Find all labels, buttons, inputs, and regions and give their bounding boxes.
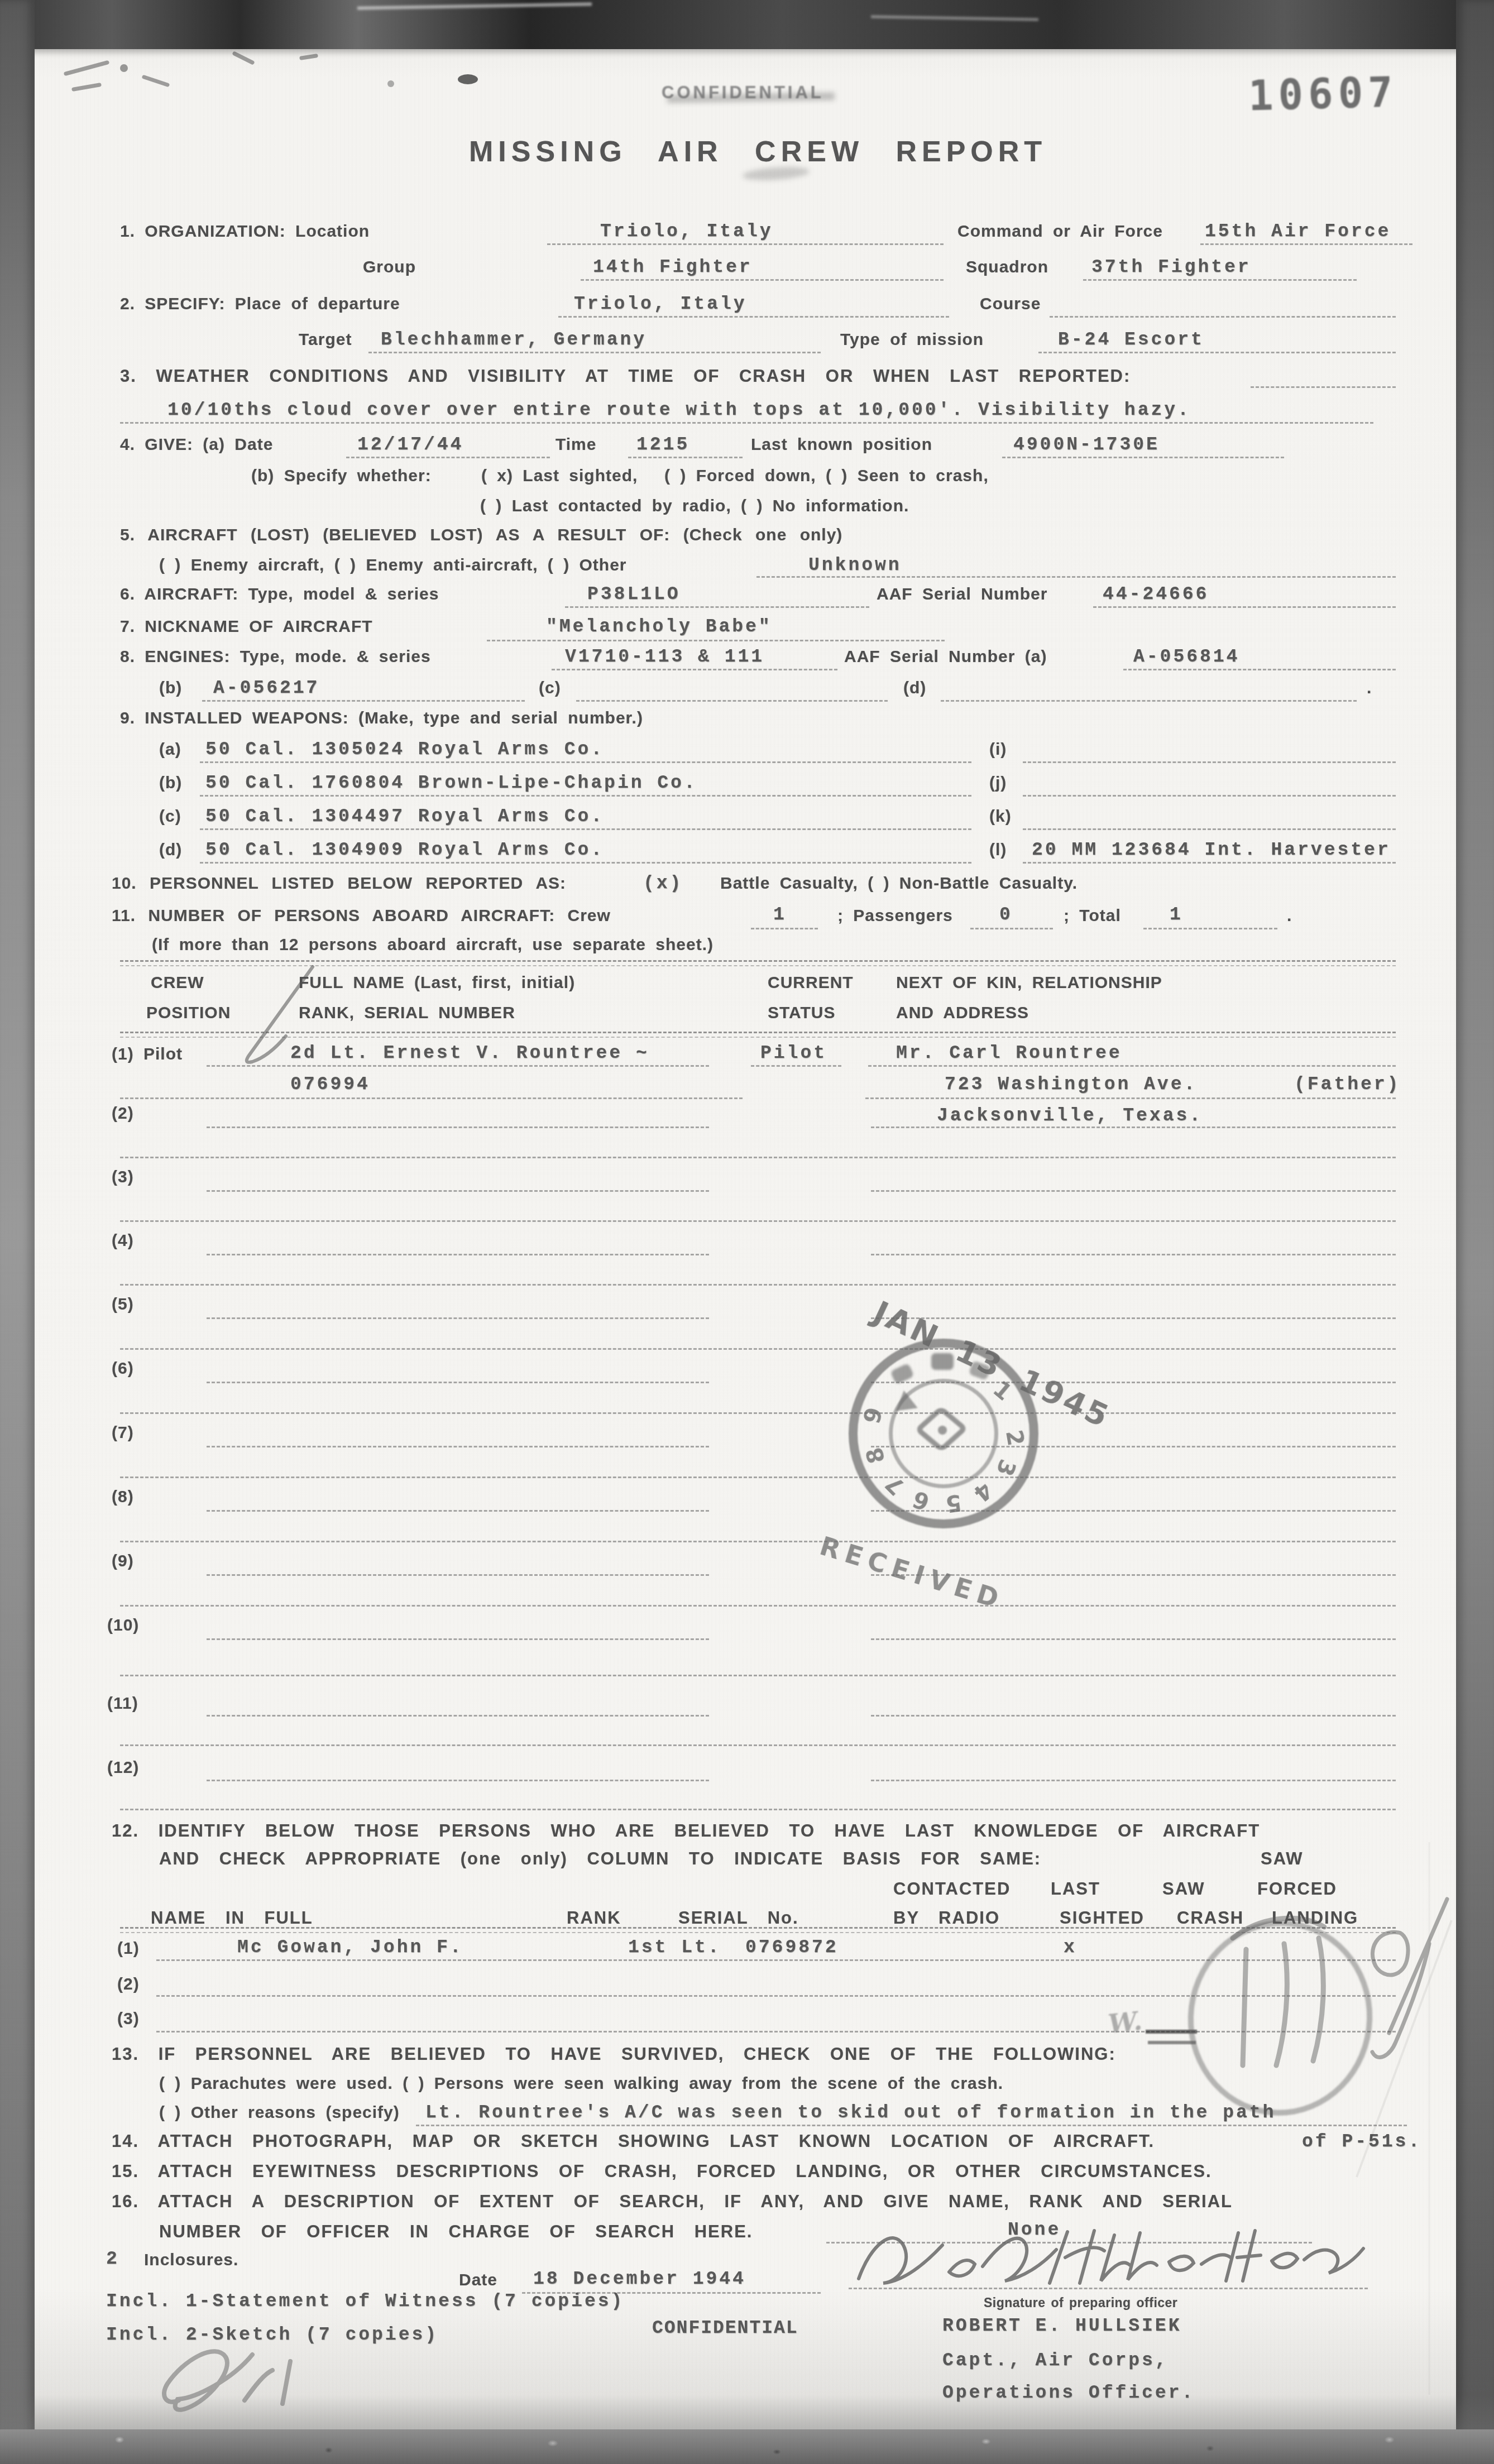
table-divider-bottom [120, 1032, 1396, 1038]
s8-period: . [1367, 679, 1372, 698]
s11-total-label: ; Total [1064, 907, 1121, 926]
underline [1023, 828, 1396, 830]
s9d-value: 50 Cal. 1304909 Royal Arms Co. [205, 840, 604, 860]
underline [871, 1780, 1396, 1781]
underline [871, 1126, 1396, 1128]
crew-row-label: (2) [112, 1104, 134, 1123]
s9c-value: 50 Cal. 1304497 Royal Arms Co. [205, 806, 604, 827]
s4b-prefix: (b) Specify whether: [251, 467, 432, 486]
corner-pencil-dot [120, 64, 128, 72]
crew-row-label: (7) [112, 1423, 134, 1442]
underline [487, 640, 945, 641]
s9i-label: (i) [989, 740, 1007, 759]
s13-line2: ( ) Parachutes were used. ( ) Persons we… [159, 2074, 1003, 2093]
s5-line1: 5. AIRCRAFT (LOST) (BELIEVED LOST) AS A … [120, 526, 842, 545]
underline [1002, 457, 1284, 458]
s1-location-value: Triolo, Italy [600, 221, 773, 242]
s8d-label: (d) [903, 679, 926, 698]
underline [1023, 862, 1396, 864]
s9k-label: (k) [989, 807, 1012, 826]
s1-prefix: 1. ORGANIZATION: Location [120, 222, 370, 241]
s13-line3-value: Lt. Rountree's A/C was seen to skid out … [425, 2102, 1276, 2123]
scanned-document: CONFIDENTIAL 10607 MISSING AIR CREW REPO… [0, 0, 1494, 2464]
s10-check: (x) [643, 873, 683, 894]
s9l-value: 20 MM 123684 Int. Harvester [1032, 840, 1391, 860]
signature-caption: Signature of preparing officer [984, 2295, 1177, 2310]
s12-row1-rank: 1st Lt. [628, 1937, 721, 1958]
crew-row-label: (11) [107, 1694, 138, 1713]
s10-rest: Battle Casualty, ( ) Non-Battle Casualty… [720, 874, 1078, 893]
s12-line1: 12. IDENTIFY BELOW THOSE PERSONS WHO ARE… [112, 1821, 1260, 1841]
s11-passengers-label: ; Passengers [837, 907, 953, 926]
pencil-dash [1148, 2041, 1196, 2044]
crew-row1-address2: Jacksonville, Texas. [937, 1105, 1203, 1126]
underline [1143, 928, 1277, 929]
th-full-name: FULL NAME (Last, first, initial) [299, 974, 575, 993]
underline [576, 700, 888, 702]
crew-row-label: (9) [112, 1552, 134, 1571]
s8b-value: A-056217 [213, 678, 319, 698]
s9-label: 9. INSTALLED WEAPONS: (Make, type and se… [120, 709, 643, 728]
crew-row-label: (12) [107, 1758, 139, 1777]
underline [120, 1541, 1396, 1542]
s8c-label: (c) [539, 679, 561, 698]
officer-rank: Capt., Air Corps, [942, 2350, 1169, 2371]
underline [849, 2288, 1368, 2289]
s4-time-value: 1215 [636, 434, 689, 455]
scan-edge-left [0, 0, 35, 2464]
underline [120, 1412, 1396, 1414]
underline [202, 700, 525, 702]
s1-caf-label: Command or Air Force [957, 222, 1163, 241]
s5-options: ( ) Enemy aircraft, ( ) Enemy anti-aircr… [159, 556, 627, 575]
underline [120, 422, 1373, 424]
underline [871, 1190, 1396, 1192]
s8-model-value: V1710-113 & 111 [565, 646, 764, 667]
s5-other-value: Unknown [808, 555, 902, 576]
s9d-label: (d) [159, 841, 182, 860]
s6-serial-label: AAF Serial Number [877, 585, 1047, 604]
crew-row-label: (10) [107, 1616, 139, 1635]
s13-line3-label: ( ) Other reasons (specify) [159, 2103, 400, 2122]
s1-caf-value: 15th Air Force [1205, 221, 1391, 242]
officer-name: ROBERT E. HULLSIEK [942, 2316, 1181, 2336]
underline [871, 1254, 1396, 1255]
underline [207, 1446, 709, 1447]
underline [120, 1675, 1396, 1676]
pencil-w-mark: W. [1107, 2006, 1143, 2039]
underline [346, 457, 550, 458]
th-status: STATUS [768, 1004, 836, 1023]
page-title: MISSING AIR CREW REPORT [469, 135, 1047, 169]
underline [1093, 606, 1396, 608]
underline [1023, 761, 1396, 763]
s8-prefix: 8. ENGINES: Type, mode. & series [120, 648, 431, 667]
underline [751, 928, 818, 929]
s11-crew-value: 1 [773, 904, 787, 925]
crew-row-label: (3) [112, 1168, 134, 1187]
underline [120, 1348, 1396, 1350]
s4-time-label: Time [556, 435, 596, 454]
s12-forced: FORCED [1257, 1879, 1337, 1899]
s11-period: . [1287, 907, 1292, 926]
s10-prefix: 10. PERSONNEL LISTED BELOW REPORTED AS: [112, 874, 566, 893]
s11-prefix: 11. NUMBER OF PERSONS ABOARD AIRCRAFT: C… [112, 907, 611, 926]
s11-total-value: 1 [1170, 904, 1183, 925]
underline [207, 1126, 709, 1128]
underline [871, 1638, 1396, 1640]
s9a-label: (a) [159, 740, 181, 759]
th-current: CURRENT [768, 974, 854, 993]
underline [200, 862, 971, 864]
underline [207, 1715, 709, 1717]
underline [200, 795, 971, 797]
s16-line1: 16. ATTACH A DESCRIPTION OF EXTENT OF SE… [112, 2192, 1233, 2212]
s12-row2-num: (2) [117, 1975, 140, 1994]
underline [552, 669, 837, 670]
underline [207, 1065, 709, 1067]
s12-rank-header: RANK [567, 1908, 621, 1928]
s2-mission-label: Type of mission [840, 330, 984, 349]
report-number: 10607 [1248, 69, 1399, 121]
s16-value: None [1008, 2219, 1061, 2240]
s12-last: LAST [1051, 1879, 1100, 1899]
s12-header-divider [120, 1927, 1396, 1933]
underline [871, 1317, 1396, 1319]
s13-continuation: of P-51s. [1302, 2131, 1421, 2152]
crew-row1-name: 2d Lt. Ernest V. Rountree ~ [290, 1043, 649, 1063]
s1-group-label: Group [363, 258, 416, 277]
underline [1038, 352, 1396, 353]
underline [628, 457, 743, 458]
s2-target-value: Blechhammer, Germany [381, 329, 647, 350]
s11-note: (If more than 12 persons aboard aircraft… [152, 936, 714, 955]
s12-serial-header: SERIAL No. [678, 1908, 799, 1928]
s6-prefix: 6. AIRCRAFT: Type, model & series [120, 585, 439, 604]
footer-date-label: Date [459, 2271, 497, 2290]
s14-line: 14. ATTACH PHOTOGRAPH, MAP OR SKETCH SHO… [112, 2131, 1155, 2151]
underline [1200, 243, 1412, 245]
underline [1123, 669, 1396, 670]
s12-row1-serial: 0769872 [745, 1937, 839, 1958]
footer-incl-count: 2 [106, 2249, 119, 2269]
s1-squadron-label: Squadron [966, 258, 1048, 277]
s12-row1-name: Mc Gowan, John F. [237, 1937, 463, 1958]
s9l-label: (l) [989, 841, 1007, 860]
crew-row-label: (4) [112, 1231, 134, 1250]
underline [207, 1317, 709, 1319]
underline [200, 828, 971, 830]
underline [565, 606, 869, 608]
scan-edge-bottom [0, 2429, 1494, 2464]
underline [207, 1574, 709, 1576]
s8-serial-a-value: A-056814 [1133, 646, 1239, 667]
footer-incl1: Incl. 1-Statement of Witness (7 copies) [106, 2291, 624, 2312]
s6-serial-value: 44-24666 [1103, 584, 1209, 605]
underline [970, 928, 1053, 929]
scan-edge-bottom-fade [0, 2395, 1494, 2429]
stamp-center-dot [938, 1426, 947, 1435]
s9a-value: 50 Cal. 1305024 Royal Arms Co. [205, 739, 604, 760]
s12-row1-num: (1) [117, 1939, 140, 1958]
s3-value: 10/10ths cloud cover over entire route w… [167, 400, 1191, 420]
ink-blob [458, 74, 478, 84]
s4b-last-sighted-checked: ( x) Last sighted, [481, 467, 638, 486]
s6-model-value: P38L1LO [587, 584, 681, 605]
underline [207, 1254, 709, 1255]
s2-departure-value: Triolo, Italy [574, 294, 746, 314]
s9j-label: (j) [989, 774, 1007, 793]
s4b-options: ( ) Forced down, ( ) Seen to crash, [664, 467, 989, 486]
s12-saw2: SAW [1162, 1879, 1205, 1899]
s4-position-value: 4900N-1730E [1013, 434, 1160, 455]
underline [558, 316, 949, 318]
s1-squadron-value: 37th Fighter [1091, 257, 1251, 277]
underline [120, 1477, 1396, 1478]
crew-row1-serial: 076994 [290, 1074, 370, 1095]
underline [865, 1097, 1396, 1099]
underline [756, 576, 1396, 578]
s2-mission-value: B-24 Escort [1058, 329, 1204, 350]
crew-row1-address1: 723 Washington Ave. [945, 1074, 1197, 1095]
crew-row1-relation: (Father) [1294, 1074, 1400, 1095]
underline [751, 1065, 841, 1067]
s16-line2: NUMBER OF OFFICER IN CHARGE OF SEARCH HE… [159, 2222, 753, 2242]
footer-confidential: CONFIDENTIAL [652, 2318, 798, 2338]
stamp-ornament [931, 1353, 954, 1370]
underline [871, 1715, 1396, 1717]
received-stamp-text: RECEIVED [816, 1531, 1008, 1615]
s8b-label: (b) [159, 679, 182, 698]
th-address: AND ADDRESS [896, 1004, 1029, 1023]
corner-pencil-marks [66, 54, 316, 89]
s9b-value: 50 Cal. 1760804 Brown-Lipe-Chapin Co. [205, 773, 697, 793]
underline [1251, 386, 1396, 388]
th-rank-serial: RANK, SERIAL NUMBER [299, 1004, 515, 1023]
s12-saw: SAW [1261, 1849, 1304, 1869]
underline [207, 1382, 709, 1383]
crew-row-label: (5) [112, 1295, 134, 1314]
underline [120, 1605, 1396, 1607]
th-crew: CREW [151, 974, 204, 993]
crew-row1-status: Pilot [760, 1043, 827, 1063]
pencil-oly-mark [1372, 1899, 1447, 2058]
crew-row1-label: (1) Pilot [112, 1045, 183, 1064]
underline [207, 1510, 709, 1512]
crew-row1-kin: Mr. Carl Rountree [896, 1043, 1122, 1063]
underline [120, 1744, 1396, 1746]
s4-date-value: 12/17/44 [357, 434, 463, 455]
s12-row1-sighted-mark: x [1064, 1937, 1077, 1958]
s12-line2: AND CHECK APPROPRIATE (one only) COLUMN … [159, 1849, 1041, 1869]
footer-date-value: 18 December 1944 [533, 2269, 746, 2289]
underline [207, 1190, 709, 1192]
s4b-options-line2: ( ) Last contacted by radio, ( ) No info… [480, 497, 909, 516]
underline [941, 700, 1357, 702]
s13-line1: 13. IF PERSONNEL ARE BELIEVED TO HAVE SU… [112, 2044, 1116, 2064]
s12-crash-header: CRASH [1177, 1908, 1244, 1928]
s4-prefix: 4. GIVE: (a) Date [120, 435, 273, 454]
s4-position-label: Last known position [751, 435, 932, 454]
s2-course-label: Course [980, 295, 1041, 314]
s12-radio-header: BY RADIO [893, 1908, 1000, 1928]
underline [581, 279, 944, 281]
underline [120, 1220, 1396, 1222]
s8-serial-label: AAF Serial Number (a) [844, 648, 1047, 667]
stamp-dial-digit: 2 [1000, 1424, 1029, 1452]
underline [416, 2125, 1407, 2126]
crew-row-label: (6) [112, 1359, 134, 1378]
s15-line: 15. ATTACH EYEWITNESS DESCRIPTIONS OF CR… [112, 2161, 1212, 2182]
underline [368, 352, 821, 353]
underline [1083, 279, 1357, 281]
th-next-of-kin: NEXT OF KIN, RELATIONSHIP [896, 974, 1162, 993]
s12-row3-num: (3) [117, 2010, 140, 2029]
underline [1023, 795, 1396, 797]
s9c-label: (c) [159, 807, 181, 826]
s12-name-header: NAME IN FULL [151, 1908, 313, 1928]
underline [547, 243, 944, 245]
th-position: POSITION [146, 1004, 231, 1023]
underline [120, 1157, 1396, 1158]
s9b-label: (b) [159, 774, 182, 793]
s12-contacted: CONTACTED [893, 1879, 1011, 1899]
footer-incl-label: Inclosures. [144, 2251, 238, 2270]
underline [120, 1097, 743, 1099]
pencil-circle-mark [1177, 1910, 1383, 2126]
table-divider-top [120, 960, 1396, 966]
underline [207, 1638, 709, 1640]
s7-nickname-value: "Melancholy Babe" [546, 616, 772, 637]
underline [207, 1780, 709, 1781]
scan-edge-right [1456, 0, 1494, 2464]
underline [826, 2242, 1312, 2244]
s3-label: 3. WEATHER CONDITIONS AND VISIBILITY AT … [120, 366, 1131, 386]
s1-group-value: 14th Fighter [593, 257, 753, 277]
underline [868, 1065, 1396, 1067]
s2-prefix: 2. SPECIFY: Place of departure [120, 295, 400, 314]
underline [200, 761, 971, 763]
s11-passengers-value: 0 [999, 904, 1013, 925]
officer-signature [859, 2231, 1363, 2283]
underline [120, 1284, 1396, 1286]
crew-row-label: (8) [112, 1488, 134, 1507]
footer-incl2: Incl. 2-Sketch (7 copies) [106, 2324, 438, 2345]
corner-pencil-dot [387, 80, 394, 87]
stamp-dial-digit: 5 [940, 1489, 968, 1517]
scan-edge-top [0, 0, 1494, 49]
s7-label: 7. NICKNAME OF AIRCRAFT [120, 617, 373, 636]
s2-target-label: Target [299, 330, 352, 349]
underline [1050, 316, 1396, 318]
s12-sighted-header: SIGHTED [1060, 1908, 1145, 1928]
underline [120, 1809, 1396, 1810]
